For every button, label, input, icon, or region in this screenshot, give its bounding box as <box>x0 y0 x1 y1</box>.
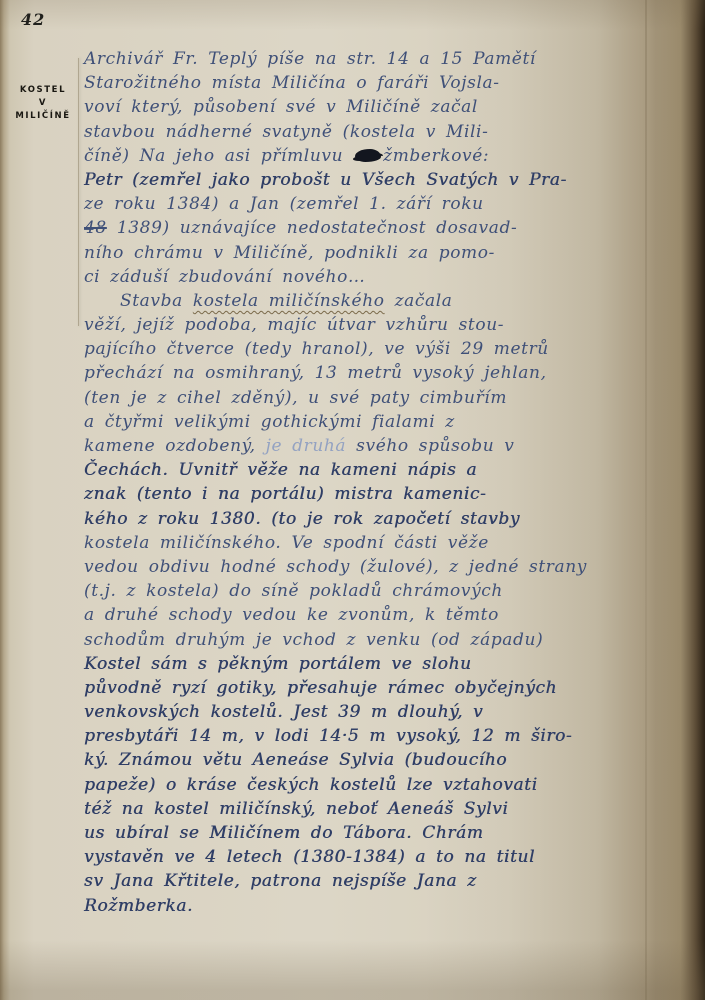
text-segment: Rožmberka. <box>84 896 193 916</box>
handwritten-line: vedou obdivu hodné schody (žulové), z je… <box>84 555 702 579</box>
page-crease-line <box>78 58 79 326</box>
handwritten-line: původně ryzí gotiky, přesahuje rámec oby… <box>84 676 702 700</box>
text-segment: původně ryzí gotiky, přesahuje rámec oby… <box>84 678 557 698</box>
text-segment: papeže) o kráse českých kostelů lze vzta… <box>84 775 538 795</box>
handwritten-line: vystavěn ve 4 letech (1380-1384) a to na… <box>84 845 702 869</box>
handwritten-line: Starožitného místa Miličína o faráři Voj… <box>84 71 702 95</box>
handwritten-line: znak (tento i na portálu) mistra kamenic… <box>84 482 702 506</box>
text-segment: přechází na osmihraný, 13 metrů vysoký j… <box>84 363 547 383</box>
text-segment: kostela miličínského. Ve spodní části vě… <box>84 533 489 553</box>
text-segment: Starožitného místa Miličína o faráři Voj… <box>84 73 500 93</box>
text-segment: svého spůsobu v <box>346 436 514 456</box>
text-segment: vedou obdivu hodné schody (žulové), z je… <box>84 557 587 577</box>
handwritten-line: voví který, působení své v Miličíně zača… <box>84 95 702 119</box>
text-segment: us ubíral se Miličínem do Tábora. Chrám <box>84 823 483 843</box>
handwritten-line: též na kostel miličínský, neboť Aeneáš S… <box>84 797 702 821</box>
handwritten-line: (ten je z cihel zděný), u své paty cimbu… <box>84 386 702 410</box>
handwritten-line: venkovských kostelů. Jest 39 m dlouhý, v <box>84 700 702 724</box>
margin-note-line: V <box>10 97 76 110</box>
handwritten-line: Petr (zemřel jako probošt u Všech Svatýc… <box>84 168 702 192</box>
text-segment: (t.j. z kostela) do síně pokladů chrámov… <box>84 581 503 601</box>
handwritten-text: Archivář Fr. Teplý píše na str. 14 a 15 … <box>84 47 702 918</box>
handwritten-line: Čechách. Uvnitř věže na kameni nápis a <box>84 458 702 482</box>
text-segment: Čechách. Uvnitř věže na kameni nápis a <box>84 460 477 480</box>
handwritten-line: věží, jejíž podoba, majíc útvar vzhůru s… <box>84 313 702 337</box>
handwritten-line: ký. Známou větu Aeneáse Sylvia (budoucíh… <box>84 748 702 772</box>
text-segment: venkovských kostelů. Jest 39 m dlouhý, v <box>84 702 483 722</box>
handwritten-line: ze roku 1384) a Jan (zemřel 1. září roku <box>84 192 702 216</box>
handwritten-line: Kostel sám s pěkným portálem ve slohu <box>84 652 702 676</box>
text-segment: ního chrámu v Miličíně, podnikli za pomo… <box>84 243 495 263</box>
margin-note-kostel-v-milicine: KOSTEL V MILIČÍNĚ <box>10 84 76 123</box>
text-segment: je druhá <box>266 436 347 456</box>
text-segment: kamene ozdobený, <box>84 436 266 456</box>
text-segment: Petr (zemřel jako probošt u Všech Svatýc… <box>84 170 567 190</box>
text-segment: Stavba <box>120 291 193 311</box>
handwritten-line: stavbou nádherné svatyně (kostela v Mili… <box>84 120 702 144</box>
text-segment: žmberkové: <box>383 146 489 166</box>
handwritten-line: (t.j. z kostela) do síně pokladů chrámov… <box>84 579 702 603</box>
scanned-manuscript-page: 42 KOSTEL V MILIČÍNĚ Archivář Fr. Teplý … <box>0 0 705 1000</box>
handwritten-line: kostela miličínského. Ve spodní části vě… <box>84 531 702 555</box>
text-segment: ci záduší zbudování nového… <box>84 267 366 287</box>
handwritten-line: pajícího čtverce (tedy hranol), ve výši … <box>84 337 702 361</box>
text-segment: schodům druhým je vchod z venku (od zápa… <box>84 630 543 650</box>
handwritten-line: sv Jana Křtitele, patrona nejspíše Jana … <box>84 869 702 893</box>
handwritten-line: Rožmberka. <box>84 894 702 918</box>
handwritten-line: ci záduší zbudování nového… <box>84 265 702 289</box>
text-segment: vystavěn ve 4 letech (1380-1384) a to na… <box>84 847 535 867</box>
handwritten-line: a druhé schody vedou ke zvonům, k těmto <box>84 603 702 627</box>
text-segment: presbytáři 14 m, v lodi 14·5 m vysoký, 1… <box>84 726 572 746</box>
text-segment: stavbou nádherné svatyně (kostela v Mili… <box>84 122 488 142</box>
handwritten-line: Stavba kostela miličínského začala <box>84 289 702 313</box>
text-segment: znak (tento i na portálu) mistra kamenic… <box>84 484 486 504</box>
handwritten-line: us ubíral se Miličínem do Tábora. Chrám <box>84 821 702 845</box>
text-segment: začala <box>385 291 453 311</box>
text-segment: 48 <box>84 218 107 238</box>
handwritten-line: schodům druhým je vchod z venku (od zápa… <box>84 628 702 652</box>
text-segment: kého z roku 1380. (to je rok započetí st… <box>84 509 520 529</box>
text-segment: kostela miličínského <box>193 291 385 311</box>
text-segment: a druhé schody vedou ke zvonům, k těmto <box>84 605 499 625</box>
text-segment: a čtyřmi velikými gothickými fialami z <box>84 412 455 432</box>
text-segment: Archivář Fr. Teplý píše na str. 14 a 15 … <box>84 49 536 69</box>
handwritten-line: Archivář Fr. Teplý píše na str. 14 a 15 … <box>84 47 702 71</box>
handwritten-line: číně) Na jeho asi přímluvu žmberkové: <box>84 144 702 168</box>
text-segment: číně) Na jeho asi přímluvu <box>84 146 353 166</box>
handwritten-line: papeže) o kráse českých kostelů lze vzta… <box>84 773 702 797</box>
text-segment: ze roku 1384) a Jan (zemřel 1. září roku <box>84 194 484 214</box>
text-segment: voví který, působení své v Miličíně zača… <box>84 97 478 117</box>
handwritten-line: 48 1389) uznávajíce nedostatečnost dosav… <box>84 216 702 240</box>
margin-note-line: KOSTEL <box>10 84 76 97</box>
text-segment: (ten je z cihel zděný), u své paty cimbu… <box>84 388 507 408</box>
handwritten-line: presbytáři 14 m, v lodi 14·5 m vysoký, 1… <box>84 724 702 748</box>
page-number: 42 <box>21 10 45 29</box>
handwritten-line: kého z roku 1380. (to je rok započetí st… <box>84 507 702 531</box>
text-segment: ký. Známou větu Aeneáse Sylvia (budoucíh… <box>84 750 507 770</box>
handwritten-line: přechází na osmihraný, 13 metrů vysoký j… <box>84 361 702 385</box>
text-segment: věží, jejíž podoba, majíc útvar vzhůru s… <box>84 315 504 335</box>
handwritten-line: a čtyřmi velikými gothickými fialami z <box>84 410 702 434</box>
text-segment: 1389) uznávajíce nedostatečnost dosavad- <box>107 218 517 238</box>
handwritten-line: kamene ozdobený, je druhá svého spůsobu … <box>84 434 702 458</box>
text-segment: sv Jana Křtitele, patrona nejspíše Jana … <box>84 871 477 891</box>
text-segment: pajícího čtverce (tedy hranol), ve výši … <box>84 339 549 359</box>
text-segment: též na kostel miličínský, neboť Aeneáš S… <box>84 799 508 819</box>
text-segment: Kostel sám s pěkným portálem ve slohu <box>84 654 472 674</box>
handwritten-line: ního chrámu v Miličíně, podnikli za pomo… <box>84 241 702 265</box>
ink-blot <box>355 149 381 162</box>
margin-note-line: MILIČÍNĚ <box>10 110 76 123</box>
